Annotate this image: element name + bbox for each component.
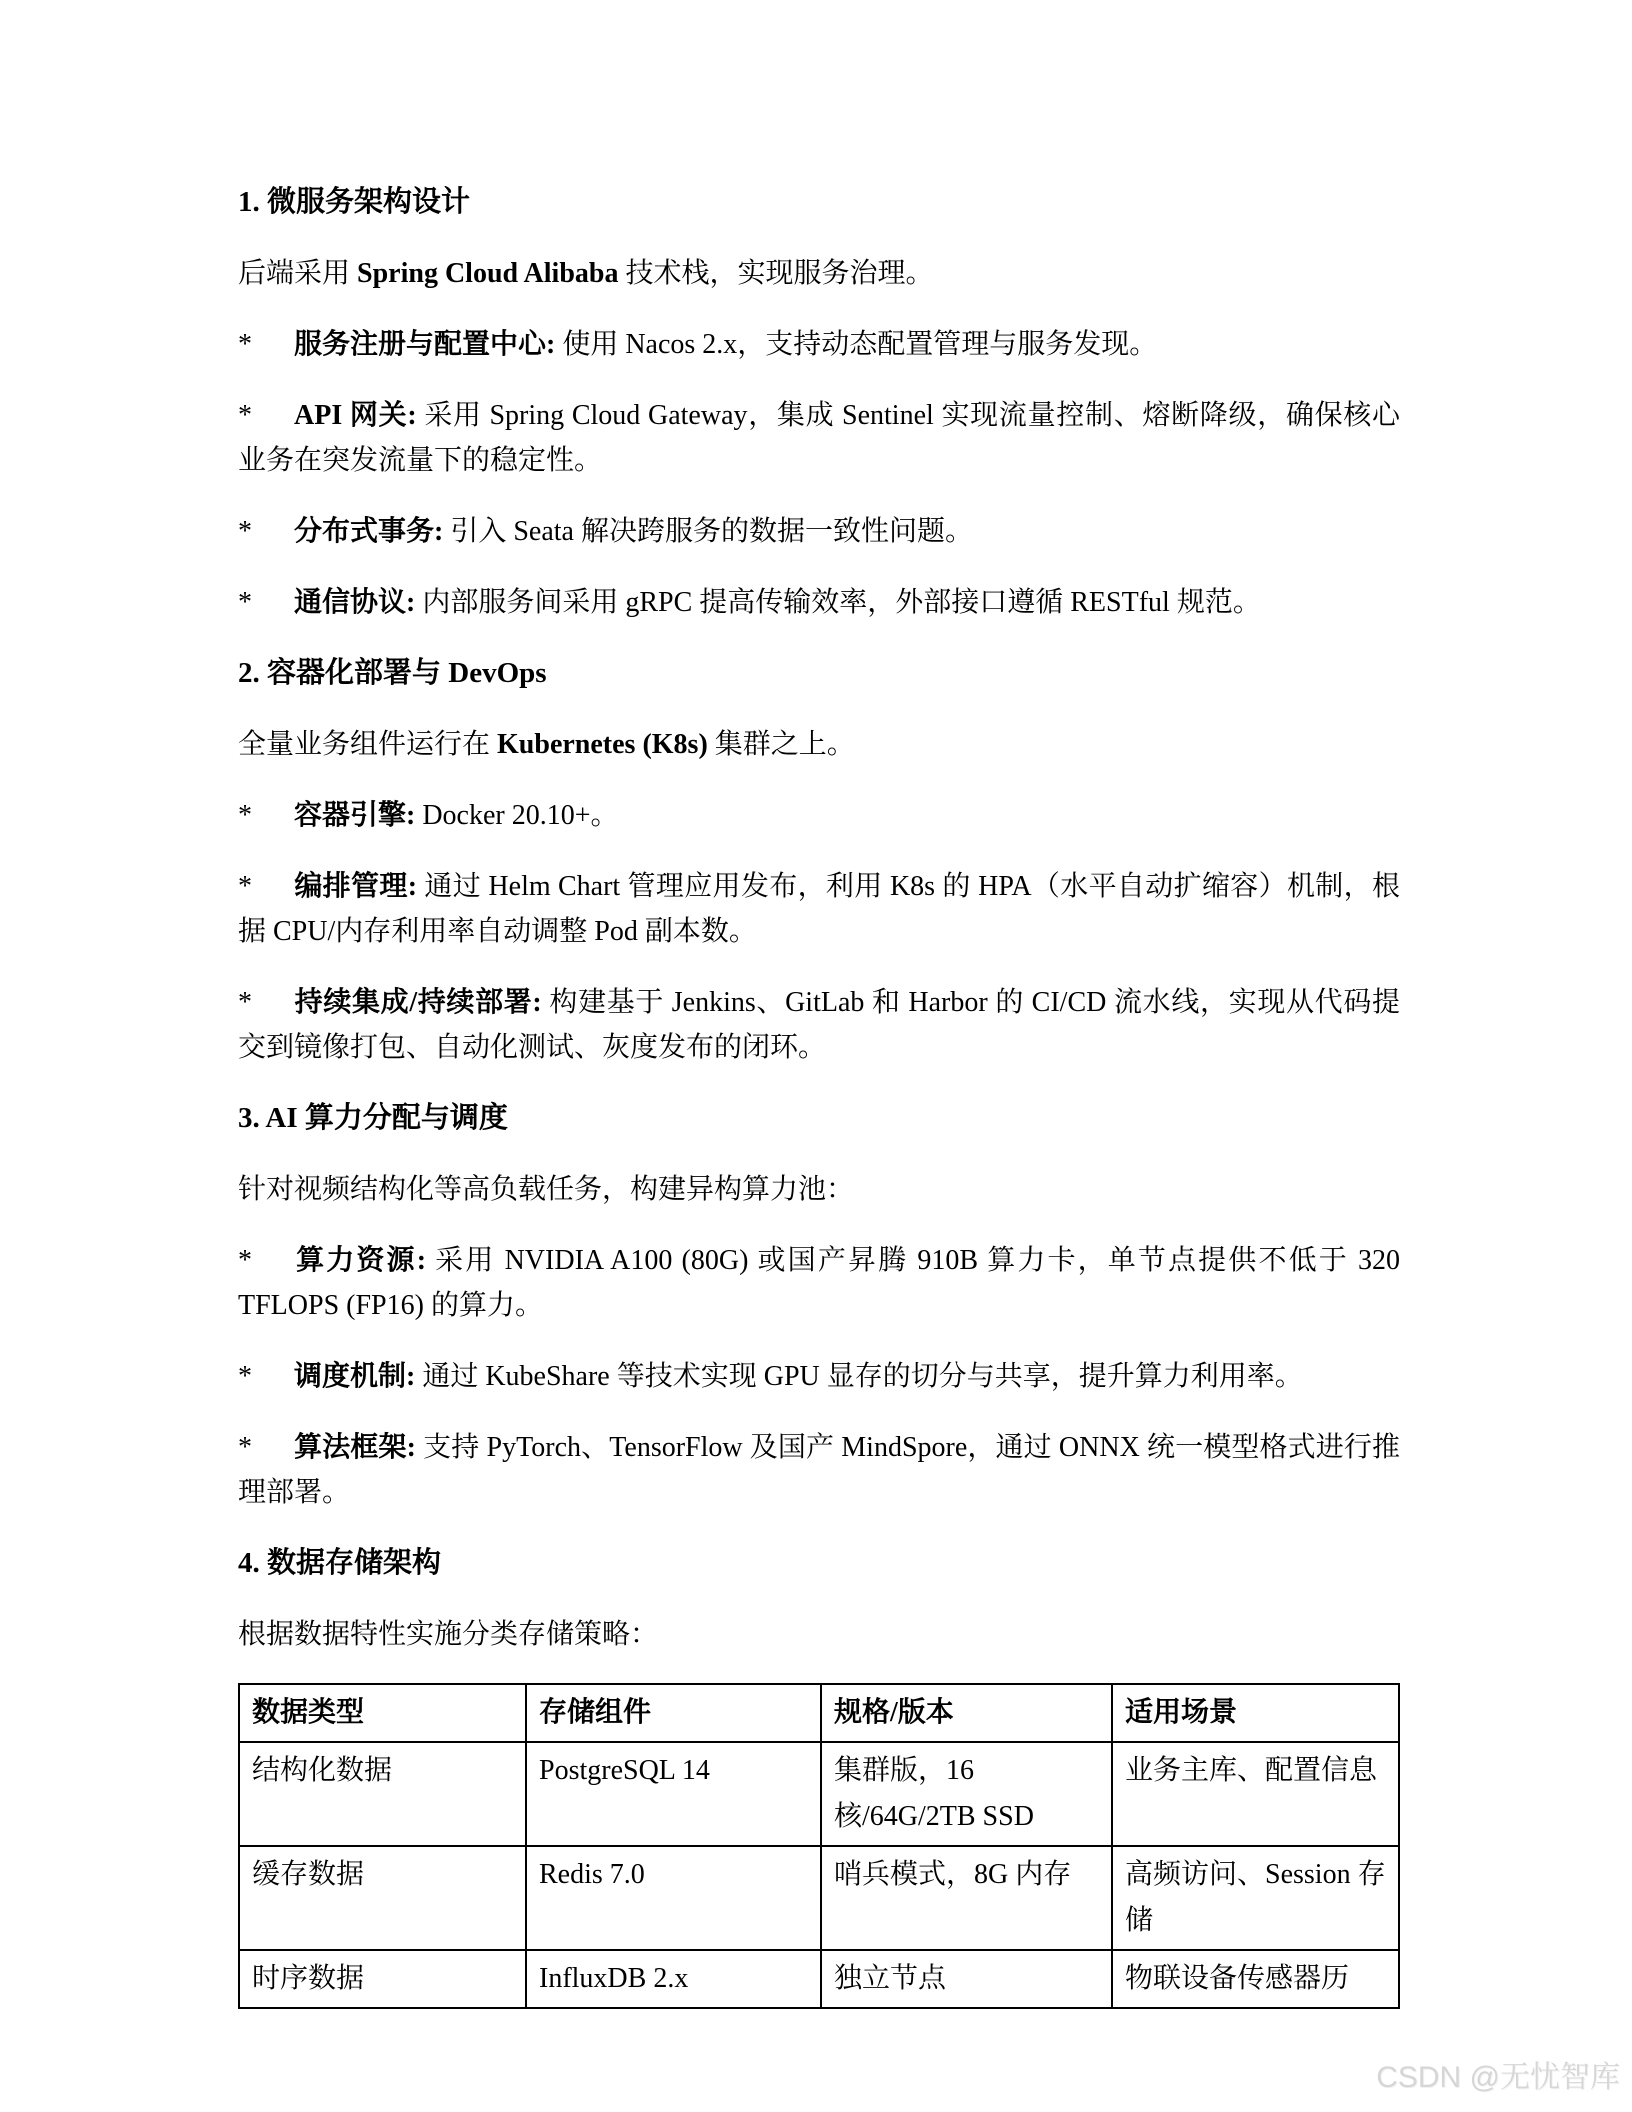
bullet-label: 容器引擎: <box>294 800 415 831</box>
bullet-item: *容器引擎: Docker 20.10+。 <box>238 793 1400 838</box>
intro-text: 集群之上。 <box>708 729 855 760</box>
table-header-cell: 适用场景 <box>1112 1684 1399 1742</box>
bullet-text: 引入 Seata 解决跨服务的数据一致性问题。 <box>450 516 973 547</box>
bullet-label: 算力资源: <box>294 1245 426 1276</box>
table-cell: 物联设备传感器历 <box>1112 1950 1399 2008</box>
table-header-cell: 数据类型 <box>239 1684 526 1742</box>
section-2-heading: 2. 容器化部署与 DevOps <box>238 651 1400 696</box>
table-row: 缓存数据 Redis 7.0 哨兵模式，8G 内存 高频访问、Session 存… <box>239 1846 1399 1950</box>
table-cell: Redis 7.0 <box>526 1846 821 1950</box>
table-row: 结构化数据 PostgreSQL 14 集群版，16 核/64G/2TB SSD… <box>239 1742 1399 1846</box>
bullet-item: *API 网关: 采用 Spring Cloud Gateway，集成 Sent… <box>238 393 1400 483</box>
document-content: 1. 微服务架构设计 后端采用 Spring Cloud Alibaba 技术栈… <box>238 180 1400 2009</box>
section-3-heading: 3. AI 算力分配与调度 <box>238 1096 1400 1141</box>
storage-table: 数据类型 存储组件 规格/版本 适用场景 结构化数据 PostgreSQL 14… <box>238 1683 1400 2009</box>
table-cell: 时序数据 <box>239 1950 526 2008</box>
bullet-marker: * <box>238 580 294 625</box>
intro-bold-text: Spring Cloud Alibaba <box>357 258 618 289</box>
table-header-row: 数据类型 存储组件 规格/版本 适用场景 <box>239 1684 1399 1742</box>
bullet-item: *算法框架: 支持 PyTorch、TensorFlow 及国产 MindSpo… <box>238 1425 1400 1515</box>
section-microservices: 1. 微服务架构设计 后端采用 Spring Cloud Alibaba 技术栈… <box>238 180 1400 625</box>
table-cell: 集群版，16 核/64G/2TB SSD <box>821 1742 1112 1846</box>
bullet-text: Docker 20.10+。 <box>422 800 618 831</box>
bullet-item: *分布式事务: 引入 Seata 解决跨服务的数据一致性问题。 <box>238 509 1400 554</box>
section-4-heading: 4. 数据存储架构 <box>238 1541 1400 1586</box>
bullet-label: 调度机制: <box>294 1361 415 1392</box>
table-cell: 业务主库、配置信息 <box>1112 1742 1399 1846</box>
bullet-item: *持续集成/持续部署: 构建基于 Jenkins、GitLab 和 Harbor… <box>238 980 1400 1070</box>
bullet-marker: * <box>238 1238 294 1283</box>
bullet-label: 算法框架: <box>294 1432 416 1463</box>
bullet-marker: * <box>238 980 294 1025</box>
section-3-intro: 针对视频结构化等高负载任务，构建异构算力池： <box>238 1167 1400 1212</box>
bullet-label: API 网关: <box>294 400 417 431</box>
section-ai-compute: 3. AI 算力分配与调度 针对视频结构化等高负载任务，构建异构算力池： *算力… <box>238 1096 1400 1515</box>
table-cell: 哨兵模式，8G 内存 <box>821 1846 1112 1950</box>
intro-text: 技术栈，实现服务治理。 <box>618 258 933 289</box>
document-page: { "colors": { "page_background": "#fffff… <box>0 0 1632 2112</box>
bullet-text: 通过 KubeShare 等技术实现 GPU 显存的切分与共享，提升算力利用率。 <box>422 1361 1302 1392</box>
csdn-watermark: CSDN @无忧智库 <box>1376 2052 1620 2096</box>
bullet-item: *通信协议: 内部服务间采用 gRPC 提高传输效率，外部接口遵循 RESTfu… <box>238 580 1400 625</box>
table-cell: 缓存数据 <box>239 1846 526 1950</box>
intro-text: 根据数据特性实施分类存储策略： <box>238 1619 658 1650</box>
bullet-marker: * <box>238 322 294 367</box>
table-cell: PostgreSQL 14 <box>526 1742 821 1846</box>
bullet-marker: * <box>238 793 294 838</box>
bullet-marker: * <box>238 864 294 909</box>
bullet-item: *调度机制: 通过 KubeShare 等技术实现 GPU 显存的切分与共享，提… <box>238 1354 1400 1399</box>
intro-text: 全量业务组件运行在 <box>238 729 497 760</box>
table-row: 时序数据 InfluxDB 2.x 独立节点 物联设备传感器历 <box>239 1950 1399 2008</box>
table-cell: 高频访问、Session 存储 <box>1112 1846 1399 1950</box>
table-header-cell: 规格/版本 <box>821 1684 1112 1742</box>
bullet-text: 内部服务间采用 gRPC 提高传输效率，外部接口遵循 RESTful 规范。 <box>422 587 1261 618</box>
bullet-marker: * <box>238 1425 294 1470</box>
bullet-item: *编排管理: 通过 Helm Chart 管理应用发布，利用 K8s 的 HPA… <box>238 864 1400 954</box>
bullet-label: 分布式事务: <box>294 516 443 547</box>
bullet-marker: * <box>238 393 294 438</box>
section-1-intro: 后端采用 Spring Cloud Alibaba 技术栈，实现服务治理。 <box>238 251 1400 296</box>
bullet-label: 编排管理: <box>294 871 417 902</box>
bullet-item: *算力资源: 采用 NVIDIA A100 (80G) 或国产昇腾 910B 算… <box>238 1238 1400 1328</box>
table-header-cell: 存储组件 <box>526 1684 821 1742</box>
section-2-intro: 全量业务组件运行在 Kubernetes (K8s) 集群之上。 <box>238 722 1400 767</box>
bullet-text: 使用 Nacos 2.x，支持动态配置管理与服务发现。 <box>562 329 1157 360</box>
table-cell: 结构化数据 <box>239 1742 526 1846</box>
section-4-intro: 根据数据特性实施分类存储策略： <box>238 1612 1400 1657</box>
table-cell: InfluxDB 2.x <box>526 1950 821 2008</box>
bullet-label: 持续集成/持续部署: <box>294 987 542 1018</box>
bullet-item: *服务注册与配置中心: 使用 Nacos 2.x，支持动态配置管理与服务发现。 <box>238 322 1400 367</box>
bullet-marker: * <box>238 509 294 554</box>
intro-text: 后端采用 <box>238 258 357 289</box>
bullet-marker: * <box>238 1354 294 1399</box>
section-data-storage: 4. 数据存储架构 根据数据特性实施分类存储策略： 数据类型 存储组件 规格/版… <box>238 1541 1400 2009</box>
section-1-heading: 1. 微服务架构设计 <box>238 180 1400 225</box>
intro-text: 针对视频结构化等高负载任务，构建异构算力池： <box>238 1174 854 1205</box>
section-devops: 2. 容器化部署与 DevOps 全量业务组件运行在 Kubernetes (K… <box>238 651 1400 1070</box>
table-cell: 独立节点 <box>821 1950 1112 2008</box>
intro-bold-text: Kubernetes (K8s) <box>497 729 708 760</box>
bullet-label: 通信协议: <box>294 587 415 618</box>
bullet-label: 服务注册与配置中心: <box>294 329 555 360</box>
